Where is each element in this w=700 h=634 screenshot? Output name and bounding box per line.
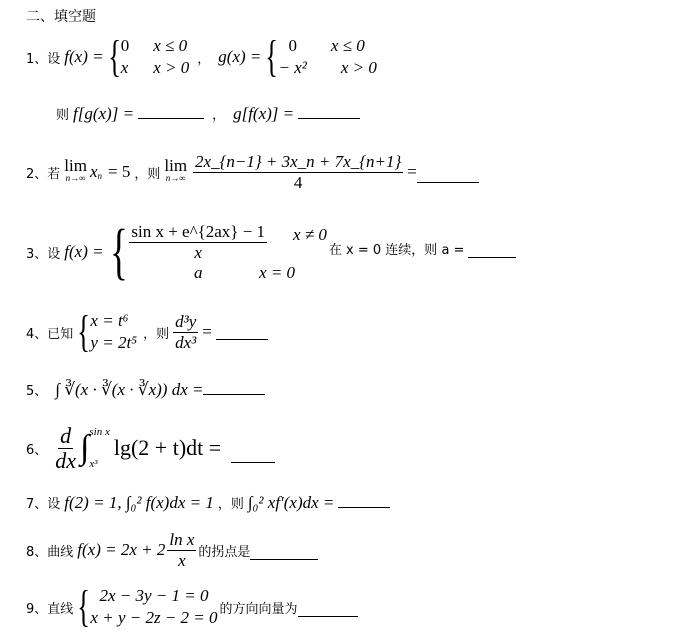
question-number: 8、 <box>26 541 47 560</box>
left-brace-icon: { <box>78 310 91 354</box>
question-number: 1、 <box>26 48 47 67</box>
denominator: 4 <box>294 173 303 193</box>
question-number: 7、 <box>26 493 47 512</box>
fraction: ln x x <box>167 530 196 571</box>
f-cases: 0 x ≤ 0 x x > 0 <box>121 36 190 78</box>
integral-limits: sin x x³ <box>89 426 109 470</box>
sequence: x <box>90 162 98 182</box>
answer-blank-4[interactable] <box>216 325 268 340</box>
lim-label: lim <box>164 160 187 172</box>
question-prefix: 设 <box>47 48 60 67</box>
answer-blank-5[interactable] <box>203 380 265 395</box>
question-prefix: 设 <box>47 493 60 512</box>
left-brace-icon: { <box>110 221 128 283</box>
denominator: dx³ <box>175 333 196 353</box>
answer-blank-2[interactable] <box>417 168 479 183</box>
question-number: 4、 <box>26 323 47 342</box>
parametric-system: x = t⁶ y = 2t⁵ <box>90 310 137 354</box>
separator: ， <box>197 48 210 67</box>
question-number: 5、 <box>26 380 47 399</box>
case-condition: x ≠ 0 <box>293 225 327 245</box>
case-condition: x ≤ 0 <box>153 36 189 56</box>
connector: ，则 <box>218 493 244 512</box>
limit: lim n→∞ <box>64 160 87 184</box>
question-prefix: 则 <box>56 104 69 123</box>
question-1: 1、 设 f(x) = { 0 x ≤ 0 x x > 0 ， g(x) = {… <box>26 32 377 82</box>
connector: ，则 <box>143 323 169 342</box>
question-suffix: 在 x = 0 连续，则 a = <box>329 239 465 258</box>
given-expression: f(2) = 1, ∫₀² f(x)dx = 1 <box>64 493 214 513</box>
case-condition: x > 0 <box>153 58 189 78</box>
ask-expression: ∫₀² xf′(x)dx = <box>248 493 335 513</box>
question-suffix: 的拐点是 <box>198 541 250 560</box>
upper-limit: sin x <box>89 426 109 438</box>
question-1-line-2: 则 f[g(x)] = ， g[f(x)] = <box>56 104 360 124</box>
question-prefix: 曲线 <box>47 541 73 560</box>
denominator: dx <box>55 449 76 473</box>
equation: 2x − 3y − 1 = 0 <box>99 585 208 607</box>
question-8: 8、 曲线 f(x) = 2x + 2 ln x x 的拐点是 <box>26 528 318 572</box>
fraction: sin x + e^{2ax} − 1 x <box>129 222 267 263</box>
limit: lim n→∞ <box>164 160 187 184</box>
numerator: 2x_{n−1} + 3x_n + 7x_{n+1} <box>193 152 403 173</box>
case-condition: x ≤ 0 <box>331 36 377 56</box>
separator: ， <box>212 104 225 123</box>
g-definition: g(x) = <box>218 47 261 67</box>
curve-expression: f(x) = 2x + 2 <box>77 540 165 560</box>
derivative-operator: d dx <box>55 424 76 473</box>
answer-blank-6[interactable] <box>231 448 275 463</box>
lim-subscript: n→∞ <box>66 172 86 184</box>
question-prefix: 已知 <box>47 323 73 342</box>
line-system: 2x − 3y − 1 = 0 x + y − 2z − 2 = 0 <box>90 585 217 629</box>
question-7: 7、 设 f(2) = 1, ∫₀² f(x)dx = 1 ，则 ∫₀² xf′… <box>26 493 390 513</box>
lower-limit: x³ <box>89 458 109 470</box>
equation: x + y − 2z − 2 = 0 <box>90 607 217 629</box>
subscript: n <box>98 171 103 181</box>
f-definition: f(x) = <box>64 242 103 262</box>
numerator: sin x + e^{2ax} − 1 <box>129 222 267 243</box>
left-brace-icon: { <box>108 35 121 79</box>
denominator: x <box>194 243 202 263</box>
question-suffix: 的方向向量为 <box>220 598 298 617</box>
f-cases: sin x + e^{2ax} − 1 x x ≠ 0 a x = 0 <box>129 222 327 283</box>
numerator: d <box>58 424 73 449</box>
given-value: = 5 <box>108 162 130 182</box>
numerator: ln x <box>167 530 196 551</box>
answer-blank-1b[interactable] <box>298 104 360 119</box>
integrand: lg(2 + t)dt = <box>114 435 221 461</box>
case-value: 0 <box>279 36 307 56</box>
answer-blank-3[interactable] <box>468 243 516 258</box>
derivative-fraction: d³y dx³ <box>173 312 198 353</box>
lim-subscript: n→∞ <box>166 172 186 184</box>
answer-blank-8[interactable] <box>250 545 318 560</box>
case-value: 0 <box>121 36 130 56</box>
question-5: 5、 ∫ ∛(x · ∛(x · ∛x)) dx = <box>26 380 265 400</box>
question-number: 9、 <box>26 598 47 617</box>
case-condition: x = 0 <box>259 263 327 283</box>
equation: x = t⁶ <box>90 310 137 332</box>
question-number: 3、 <box>26 243 47 262</box>
question-prefix: 直线 <box>47 598 73 617</box>
left-brace-icon: { <box>78 585 91 629</box>
question-9: 9、 直线 { 2x − 3y − 1 = 0 x + y − 2z − 2 =… <box>26 584 358 630</box>
question-3: 3、 设 f(x) = { sin x + e^{2ax} − 1 x x ≠ … <box>26 222 516 282</box>
question-4: 4、 已知 { x = t⁶ y = 2t⁵ ，则 d³y dx³ = <box>26 308 268 356</box>
section-title: 二、填空题 <box>26 6 96 26</box>
connector: ，则 <box>134 163 160 182</box>
answer-blank-1a[interactable] <box>138 104 204 119</box>
question-number: 6、 <box>26 439 47 458</box>
numerator: d³y <box>173 312 198 333</box>
integral-expression: ∫ ∛(x · ∛(x · ∛x)) dx = <box>55 380 203 400</box>
case-condition: x > 0 <box>331 58 377 78</box>
g-cases: 0 x ≤ 0 − x² x > 0 <box>279 36 377 78</box>
integral-sign-icon: ∫ <box>80 429 89 467</box>
question-number: 2、 <box>26 163 47 182</box>
case-value: − x² <box>279 58 307 78</box>
answer-blank-7[interactable] <box>338 493 390 508</box>
expression: f[g(x)] = <box>73 104 134 124</box>
equation: y = 2t⁵ <box>90 332 137 354</box>
lim-label: lim <box>64 160 87 172</box>
definite-integral: ∫ sin x x³ <box>80 426 110 470</box>
denominator: x <box>178 551 186 571</box>
left-brace-icon: { <box>266 35 279 79</box>
expression: g[f(x)] = <box>233 104 294 124</box>
question-6: 6、 d dx ∫ sin x x³ lg(2 + t)dt = <box>26 424 275 472</box>
answer-blank-9[interactable] <box>298 602 358 617</box>
question-prefix: 若 <box>47 163 60 182</box>
case-value: x <box>121 58 130 78</box>
case-value: a <box>129 263 267 283</box>
question-prefix: 设 <box>47 243 60 262</box>
f-definition: f(x) = <box>64 47 103 67</box>
equals: = <box>202 322 212 342</box>
equals: = <box>407 162 417 182</box>
question-2: 2、 若 lim n→∞ xn = 5 ，则 lim n→∞ 2x_{n−1} … <box>26 150 479 194</box>
fraction: 2x_{n−1} + 3x_n + 7x_{n+1} 4 <box>193 152 403 193</box>
